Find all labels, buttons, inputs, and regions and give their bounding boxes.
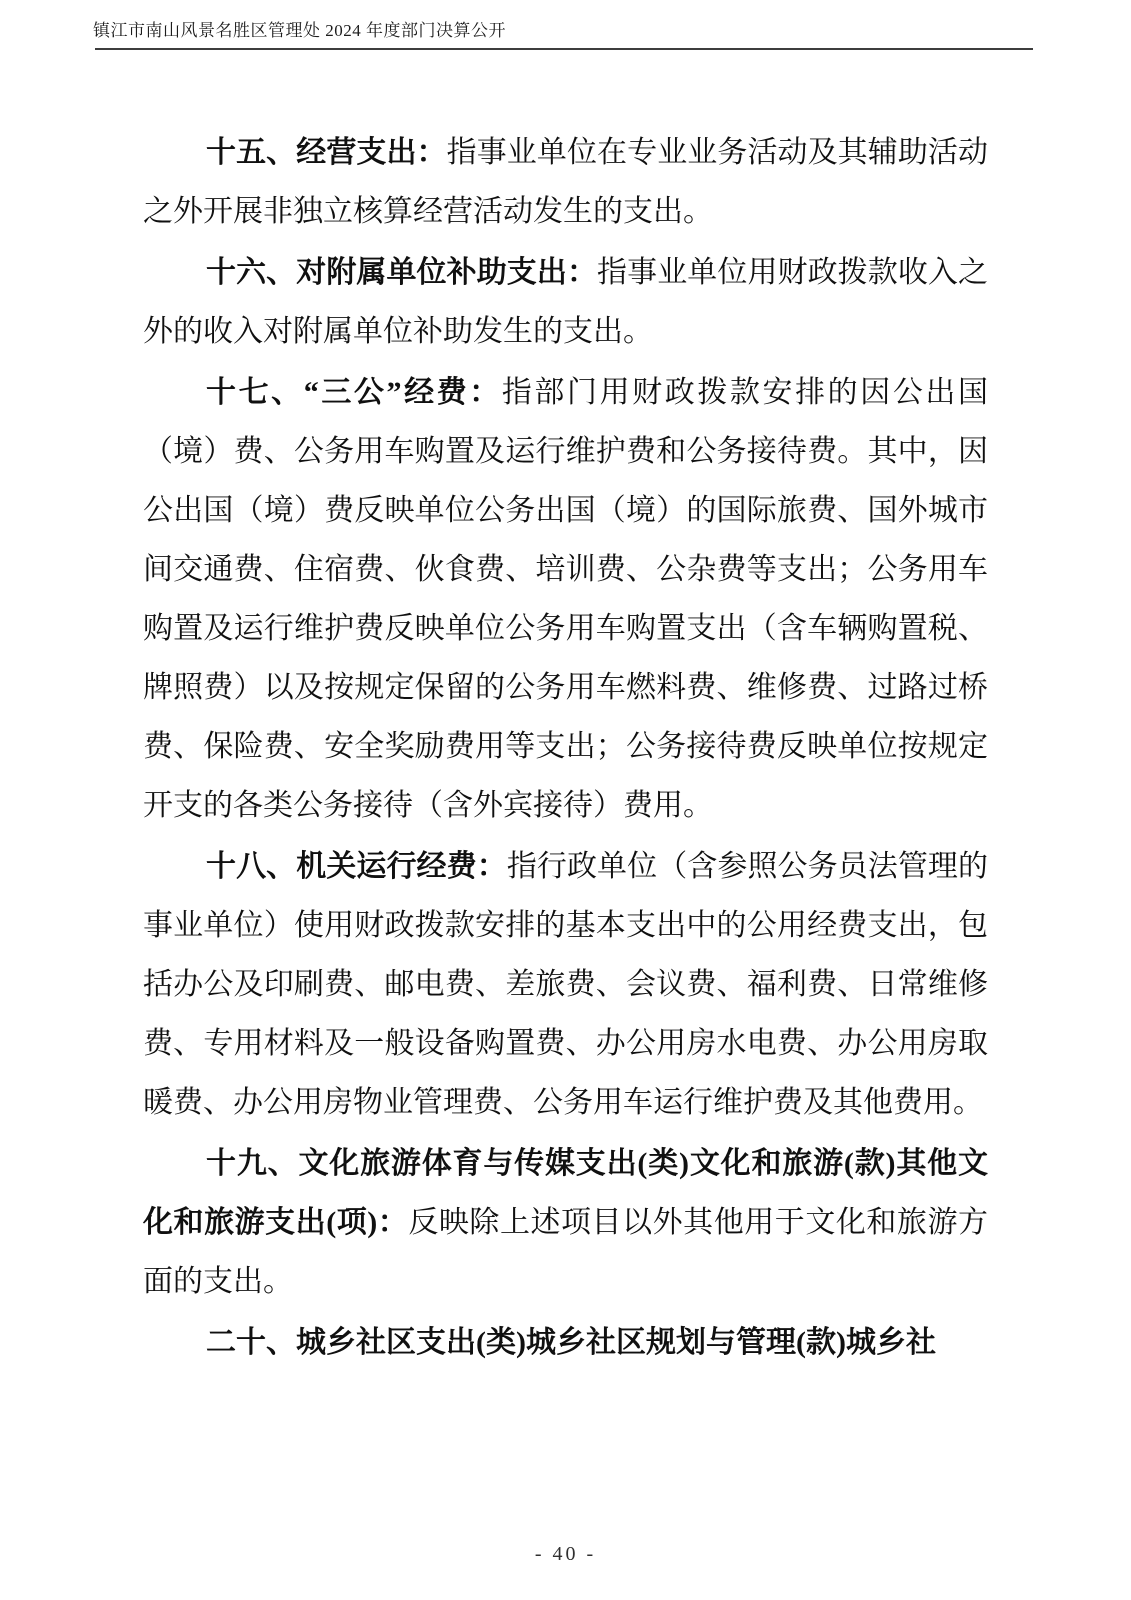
paragraph-item-19: 十九、文化旅游体育与传媒支出(类)文化和旅游(款)其他文化和旅游支出(项)：反映… [143, 1134, 988, 1311]
page-header-title: 镇江市南山风景名胜区管理处 2024 年度部门决算公开 [93, 16, 506, 41]
paragraph-item-16: 十六、对附属单位补助支出：指事业单位用财政拨款收入之外的收入对附属单位补助发生的… [143, 243, 988, 361]
paragraph-term: 二十、城乡社区支出(类)城乡社区规划与管理(款)城乡社 [206, 1326, 936, 1359]
document-page: 镇江市南山风景名胜区管理处 2024 年度部门决算公开 十五、经营支出：指事业单… [0, 0, 1131, 1600]
paragraph-term: 十六、对附属单位补助支出： [206, 256, 597, 289]
header-divider-rule [95, 48, 1033, 50]
paragraph-definition: 指部门用财政拨款安排的因公出国（境）费、公务用车购置及运行维护费和公务接待费。其… [143, 376, 988, 822]
paragraph-term: 十七、“三公”经费： [206, 376, 502, 409]
document-body: 十五、经营支出：指事业单位在专业业务活动及其辅助活动之外开展非独立核算经营活动发… [143, 123, 988, 1374]
paragraph-item-17: 十七、“三公”经费：指部门用财政拨款安排的因公出国（境）费、公务用车购置及运行维… [143, 363, 988, 835]
paragraph-item-15: 十五、经营支出：指事业单位在专业业务活动及其辅助活动之外开展非独立核算经营活动发… [143, 123, 988, 241]
paragraph-term: 十八、机关运行经费： [206, 850, 507, 883]
paragraph-item-20: 二十、城乡社区支出(类)城乡社区规划与管理(款)城乡社 [143, 1313, 988, 1372]
paragraph-item-18: 十八、机关运行经费：指行政单位（含参照公务员法管理的事业单位）使用财政拨款安排的… [143, 837, 988, 1132]
page-number: - 40 - [0, 1543, 1131, 1566]
paragraph-term: 十五、经营支出： [206, 136, 447, 169]
paragraph-definition: 指行政单位（含参照公务员法管理的事业单位）使用财政拨款安排的基本支出中的公用经费… [143, 850, 988, 1119]
